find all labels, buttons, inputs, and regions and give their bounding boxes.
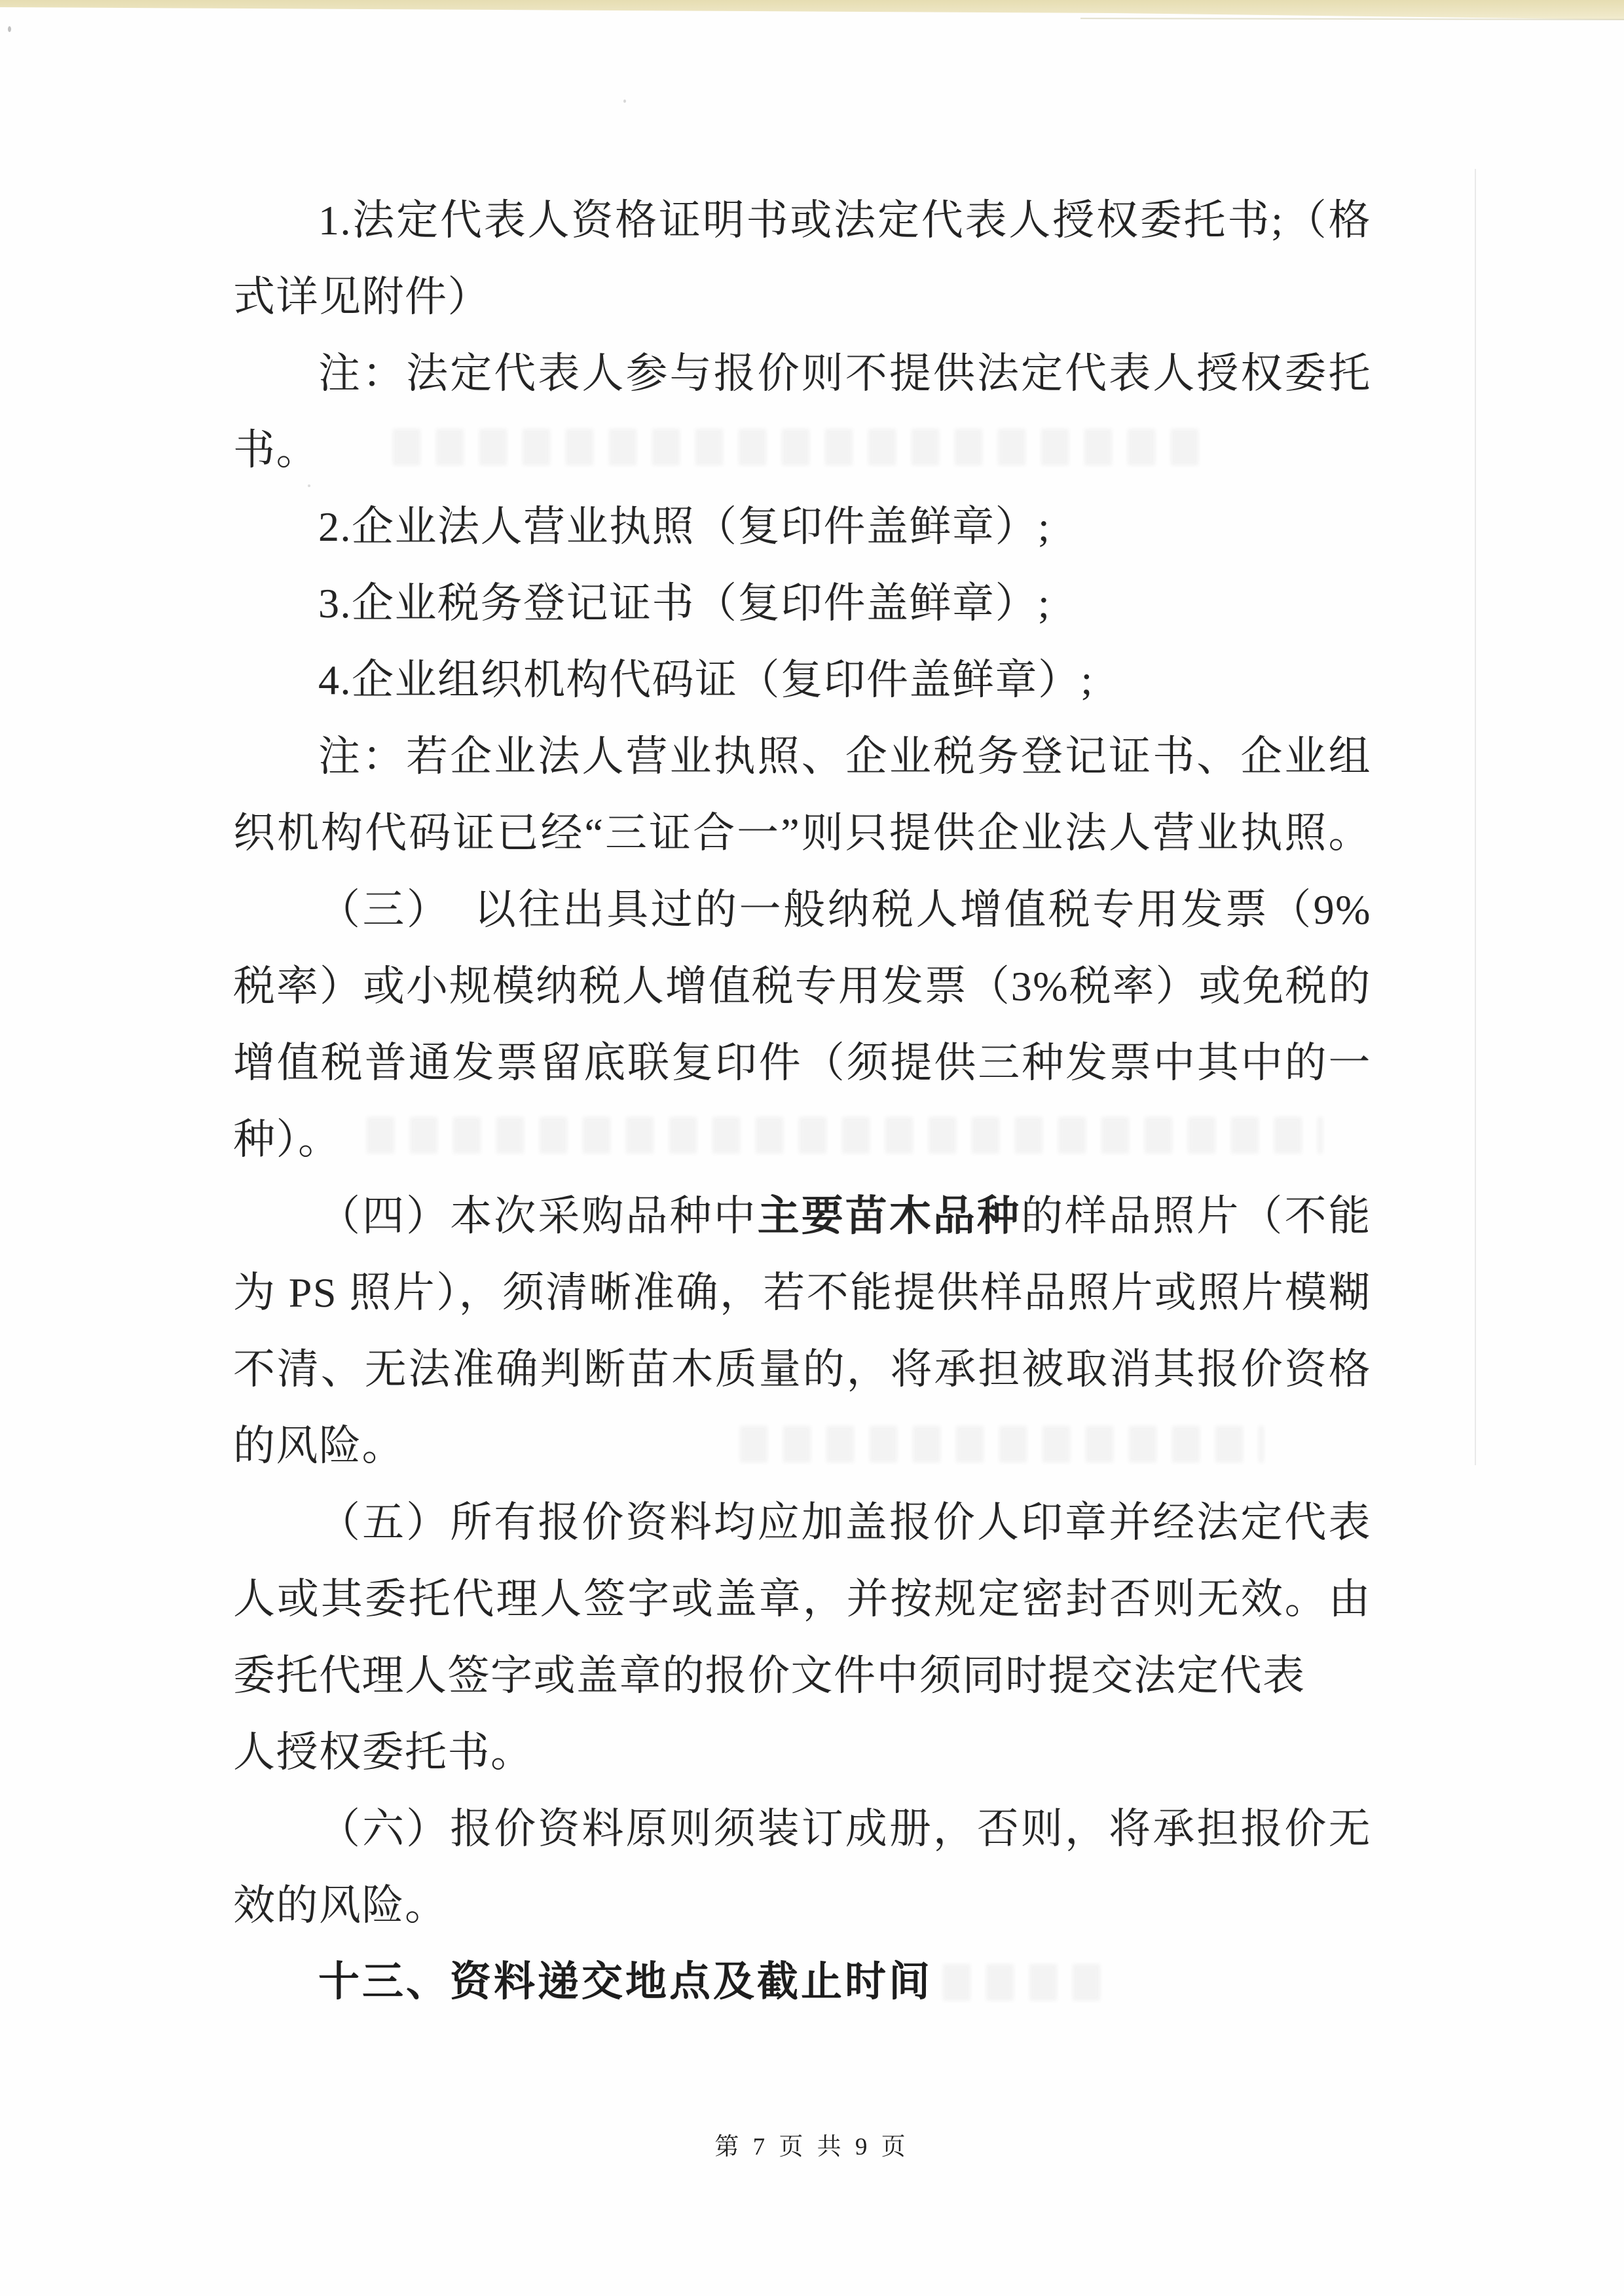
body-line-section5-c2: 委托代理人签字或盖章的报价文件中须同时提交法定代表	[233, 1637, 1371, 1714]
body-line-section4-c2: 不清、无法准确判断苗木质量的，将承担被取消其报价资格	[233, 1331, 1371, 1408]
scan-speck	[623, 100, 626, 103]
document-body: 1.法定代表人资格证明书或法定代表人授权委托书;（格 式详见附件） 注：法定代表…	[233, 182, 1371, 2020]
body-line-section6-c1: 效的风险。	[233, 1867, 1371, 1944]
body-line-note2-cont: 织机构代码证已经“三证合一”则只提供企业法人营业执照。	[233, 795, 1371, 871]
paper-crease-line	[1475, 169, 1476, 1465]
body-line-section6: （六）报价资料原则须装订成册，否则，将承担报价无	[233, 1791, 1371, 1867]
body-line-section5: （五）所有报价资料均应加盖报价人印章并经法定代表	[233, 1484, 1371, 1561]
body-line-section3-c1: 税率）或小规模纳税人增值税专用发票（3%税率）或免税的	[233, 948, 1371, 1025]
body-line-item4: 4.企业组织机构代码证（复印件盖鲜章）;	[233, 642, 1371, 718]
body-line-section3-c3: 种）。	[233, 1101, 1371, 1178]
body-line-section4-c3: 的风险。	[233, 1408, 1371, 1484]
page-number-footer: 第 7 页 共 9 页	[0, 2126, 1624, 2162]
body-line-item1: 1.法定代表人资格证明书或法定代表人授权委托书;（格	[233, 182, 1371, 259]
body-line-item3: 3.企业税务登记证书（复印件盖鲜章）;	[233, 565, 1371, 642]
body-line-note1: 注：法定代表人参与报价则不提供法定代表人授权委托	[233, 335, 1371, 412]
body-line-section4-c1: 为 PS 照片），须清晰准确，若不能提供样品照片或照片模糊	[233, 1254, 1371, 1331]
section4-text-post: 的样品照片（不能	[1021, 1193, 1371, 1239]
section4-text-pre: （四）本次采购品种中	[318, 1193, 758, 1239]
body-line-section4: （四）本次采购品种中主要苗木品种的样品照片（不能	[233, 1178, 1371, 1254]
body-line-section3-c2: 增值税普通发票留底联复印件（须提供三种发票中其中的一	[233, 1025, 1371, 1101]
body-line-note2: 注：若企业法人营业执照、企业税务登记证书、企业组	[233, 718, 1371, 795]
scan-speck	[8, 26, 11, 32]
scan-edge-shadow-line	[1080, 18, 1624, 20]
scanned-document-page: 1.法定代表人资格证明书或法定代表人授权委托书;（格 式详见附件） 注：法定代表…	[0, 0, 1624, 2296]
body-line-section3: （三） 以往出具过的一般纳税人增值税专用发票（9%	[233, 871, 1371, 948]
section4-emphasis-text: 主要苗木品种	[758, 1193, 1021, 1239]
body-line-section5-c1: 人或其委托代理人签字或盖章，并按规定密封否则无效。由	[233, 1561, 1371, 1637]
body-line-note1-cont: 书。	[233, 412, 1371, 488]
page-number-text: 第 7 页 共 9 页	[714, 2134, 909, 2160]
body-line-section5-c3: 人授权委托书。	[233, 1714, 1371, 1791]
section-heading-13: 十三、资料递交地点及截止时间	[233, 1944, 1371, 2020]
body-line-item2: 2.企业法人营业执照（复印件盖鲜章）;	[233, 488, 1371, 565]
body-line-item1-cont: 式详见附件）	[233, 259, 1371, 335]
